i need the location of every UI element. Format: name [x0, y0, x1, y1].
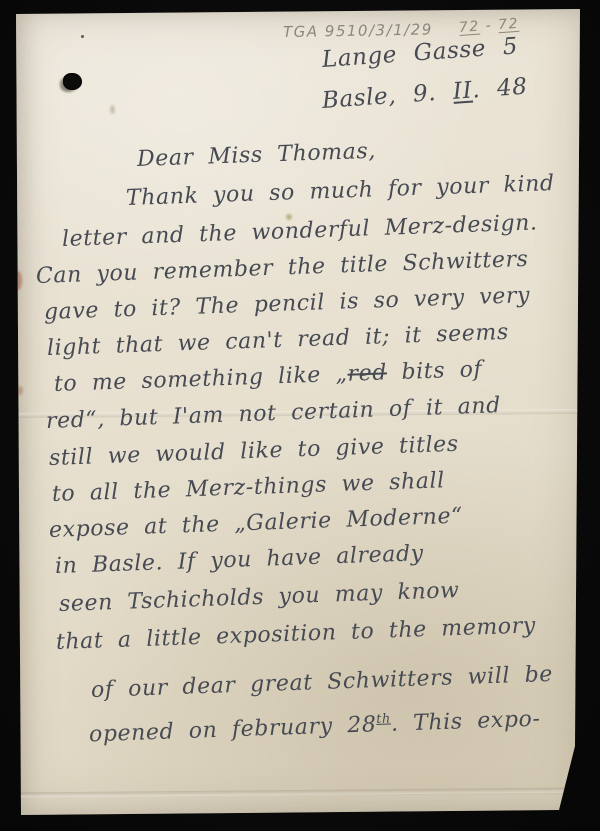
address-line: Lange Gasse 5 — [321, 33, 519, 73]
body-line: of our dear great Schwitters will be — [91, 662, 554, 703]
body-line: still we would like to give titles — [49, 432, 460, 471]
body-line: red“, but I'am not certain of it and — [46, 393, 502, 434]
punch-hole — [63, 73, 82, 90]
stain — [110, 105, 115, 114]
date-roman-month: II — [452, 78, 473, 105]
body-line-segment: opened on february 28 — [89, 712, 377, 747]
fold-highlight-band — [14, 795, 580, 815]
body-line: Thank you so much for your kind — [126, 171, 555, 211]
body-line: letter and the wonderful Merz-design. — [62, 210, 538, 252]
folio-left: 72 — [458, 19, 480, 36]
date-place: Basle, 9. — [321, 79, 454, 114]
body-line: that a little exposition to the memory — [56, 613, 537, 655]
paper-speck — [81, 35, 84, 38]
salutation-line: Dear Miss Thomas, — [137, 139, 377, 172]
body-line-with-strikethrough: to me something like „red bits of — [54, 357, 483, 397]
folio-separator: - — [479, 17, 499, 34]
stain — [17, 386, 23, 395]
body-line: in Basle. If you have already — [55, 541, 425, 579]
folio-right: 72 — [498, 16, 520, 33]
struck-word: red — [347, 360, 387, 386]
ordinal-superscript: th — [376, 711, 391, 726]
body-line-segment: . This expo- — [391, 707, 541, 737]
stain — [286, 214, 292, 220]
body-line-segment: to me something like „ — [54, 362, 348, 397]
fold-crease-bottom — [14, 788, 580, 798]
body-line: to all the Merz-things we shall — [52, 468, 446, 507]
body-line: gave to it? The pencil is so very very — [44, 283, 531, 325]
body-line: expose at the „Galerie Moderne“ — [49, 504, 464, 543]
body-line: Can you remember the title Schwitters — [36, 247, 529, 289]
folio-number: 72 - 72 — [458, 16, 519, 36]
fold-crease-middle — [14, 409, 580, 418]
archive-reference: TGA 9510/3/1/29 — [283, 20, 433, 41]
body-line: light that we can't read it; it seems — [47, 320, 510, 361]
stain — [14, 271, 22, 290]
letter-paper: TGA 9510/3/1/29 72 - 72 Lange Gasse 5 Ba… — [14, 9, 580, 815]
date-line: Basle, 9. II. 48 — [321, 74, 528, 114]
body-line-segment: bits of — [386, 357, 482, 385]
date-year: . 48 — [471, 74, 528, 104]
body-line-with-superscript: opened on february 28th. This expo- — [89, 706, 541, 747]
body-line: seen Tschicholds you may know — [59, 578, 460, 617]
letter-photograph: TGA 9510/3/1/29 72 - 72 Lange Gasse 5 Ba… — [0, 0, 600, 831]
